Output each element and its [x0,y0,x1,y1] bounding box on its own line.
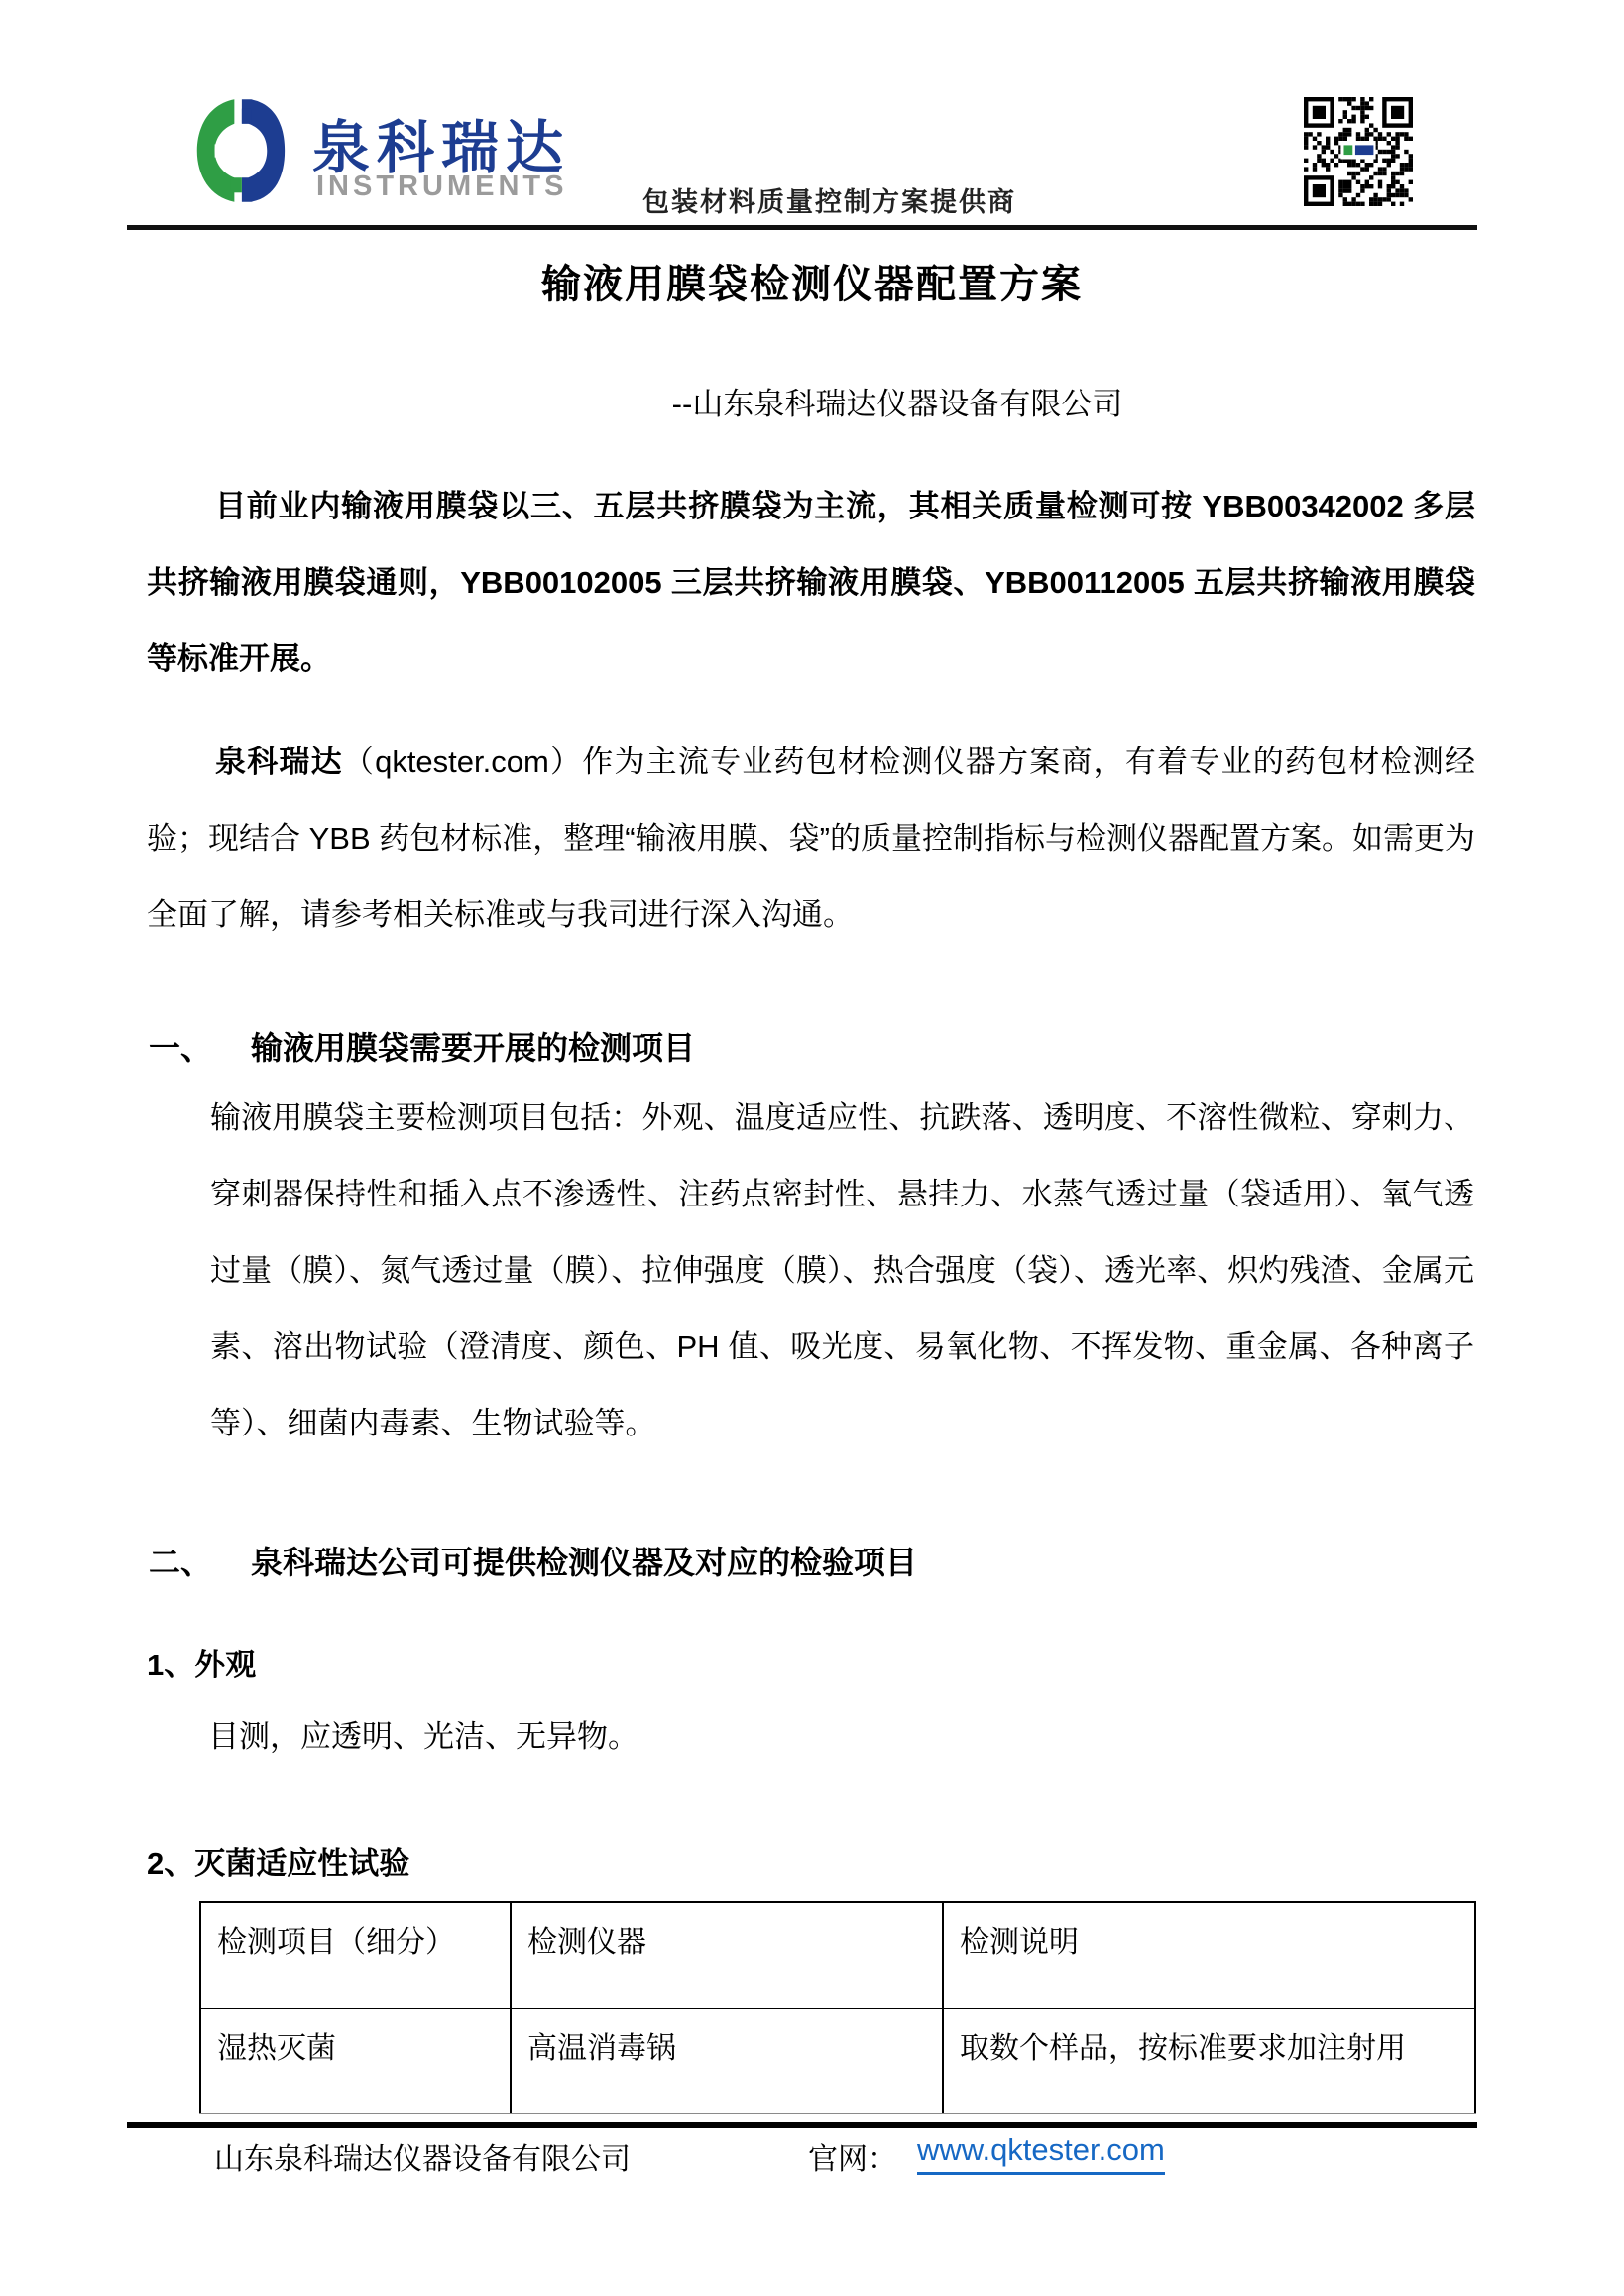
page-title: 输液用膜袋检测仪器配置方案 [0,253,1624,309]
table-header-description: 检测说明 [943,1902,1475,2009]
section-1-body: 输液用膜袋主要检测项目包括：外观、温度适应性、抗跌落、透明度、不溶性微粒、穿刺力… [210,1080,1474,1461]
header-divider [127,225,1477,230]
company-logo-icon [193,95,287,206]
page-subtitle: --山东泉科瑞达仪器设备有限公司 [0,379,1624,423]
item-1-body: 目测，应透明、光洁、无异物。 [208,1711,638,1756]
company-name-en: INSTRUMENTS [316,171,567,203]
section-2-number: 二、 [149,1538,251,1583]
item-2-title: 灭菌适应性试验 [194,1846,409,1881]
item-2-number: 2、 [147,1846,194,1881]
section-1-number: 一、 [149,1023,251,1069]
header-tagline: 包装材料质量控制方案提供商 [642,180,1016,219]
intro-paragraph-1: 目前业内输液用膜袋以三、五层共挤膜袋为主流，其相关质量检测可按 YBB00342… [147,468,1475,697]
qr-code-image [1301,96,1421,211]
table-cell-instrument: 高温消毒锅 [511,2009,943,2114]
intro-paragraph-2: 泉科瑞达（qktester.com）作为主流专业药包材检测仪器方案商，有着专业的… [147,724,1475,953]
table-header-item: 检测项目（细分） [200,1902,511,2009]
footer-website-link[interactable]: www.qktester.com [917,2132,1165,2175]
footer-site-label: 官网： [808,2134,897,2178]
intro-paragraph-2-text: （qktester.com）作为主流专业药包材检测仪器方案商，有着专业的药包材检… [147,745,1475,932]
item-1-title: 外观 [194,1648,256,1682]
section-1-title: 输液用膜袋需要开展的检测项目 [251,1030,695,1066]
table-header-row: 检测项目（细分） 检测仪器 检测说明 [200,1902,1475,2009]
document-page: 泉科瑞达 INSTRUMENTS 包装材料质量控制方案提供商 输液用膜袋检测仪器… [0,0,1624,2296]
spec-table: 检测项目（细分） 检测仪器 检测说明 湿热灭菌 高温消毒锅 取数个样品，按标准要… [199,1901,1476,2114]
table-cell-item: 湿热灭菌 [200,2009,511,2114]
footer-divider [127,2122,1477,2128]
table-header-instrument: 检测仪器 [511,1902,943,2009]
footer-company-name: 山东泉科瑞达仪器设备有限公司 [214,2134,631,2178]
section-1-heading: 一、输液用膜袋需要开展的检测项目 [149,1023,695,1069]
section-2-title: 泉科瑞达公司可提供检测仪器及对应的检验项目 [251,1545,917,1580]
item-2-heading: 2、灭菌适应性试验 [147,1838,409,1883]
table-row: 湿热灭菌 高温消毒锅 取数个样品，按标准要求加注射用 [200,2009,1475,2114]
company-name-inline: 泉科瑞达 [215,745,343,779]
table-cell-description: 取数个样品，按标准要求加注射用 [943,2009,1475,2114]
section-2-heading: 二、泉科瑞达公司可提供检测仪器及对应的检验项目 [149,1538,917,1583]
spec-table-container: 检测项目（细分） 检测仪器 检测说明 湿热灭菌 高温消毒锅 取数个样品，按标准要… [199,1901,1476,2114]
item-1-heading: 1、外观 [147,1640,256,1684]
item-1-number: 1、 [147,1648,194,1682]
